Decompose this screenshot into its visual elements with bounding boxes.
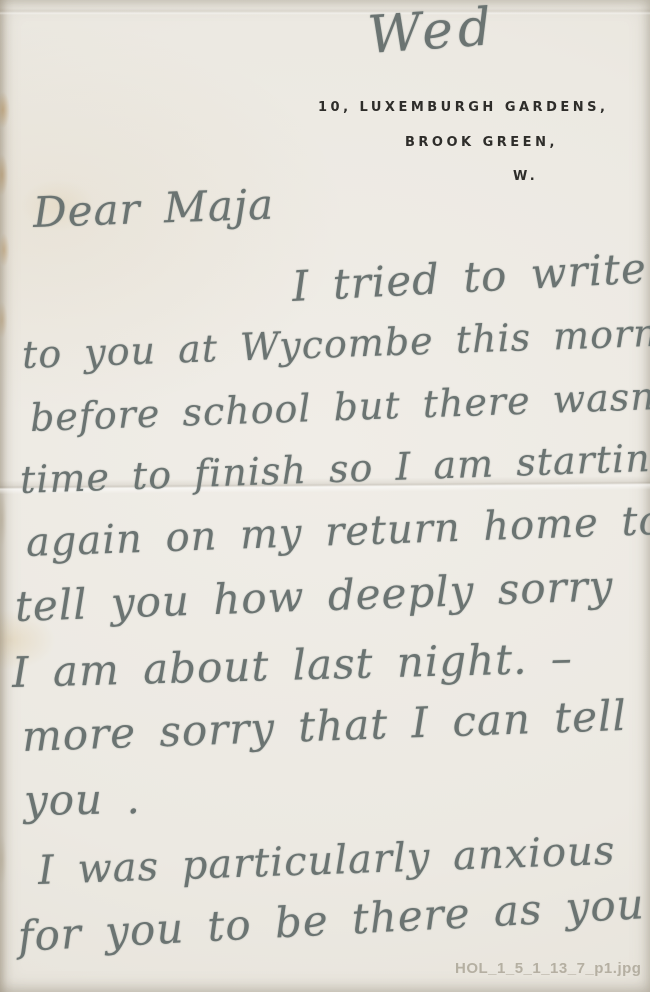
handwritten-line: I am about last night. – [11,633,573,697]
handwritten-line: time to finish so I am starting [19,435,650,502]
letterhead-postal-line: W. [513,169,538,184]
handwritten-line: you . [24,774,142,825]
handwritten-line: I was particularly anxious [37,828,616,894]
handwritten-line: to you at Wycombe this morning [21,309,650,377]
letterhead-address-line: 10, LUXEMBURGH GARDENS, [318,100,608,115]
date-annotation: Wed [366,0,498,66]
top-paper-crease [0,8,650,15]
handwritten-line: I tried to write [291,243,648,311]
letter-page: Wed 10, LUXEMBURGH GARDENS, BROOK GREEN,… [0,0,650,992]
handwritten-line: before school but there wasn't [29,373,650,440]
filename-watermark: HOL_1_5_1_13_7_p1.jpg [455,960,641,977]
salutation: Dear Maja [32,180,275,237]
handwritten-line: tell you how deeply sorry [14,561,614,631]
letterhead-district-line: BROOK GREEN, [405,135,558,150]
deckled-left-edge [0,0,14,992]
handwritten-line: again on my return home to [25,498,650,566]
handwritten-line: more sorry that I can tell [21,691,628,761]
